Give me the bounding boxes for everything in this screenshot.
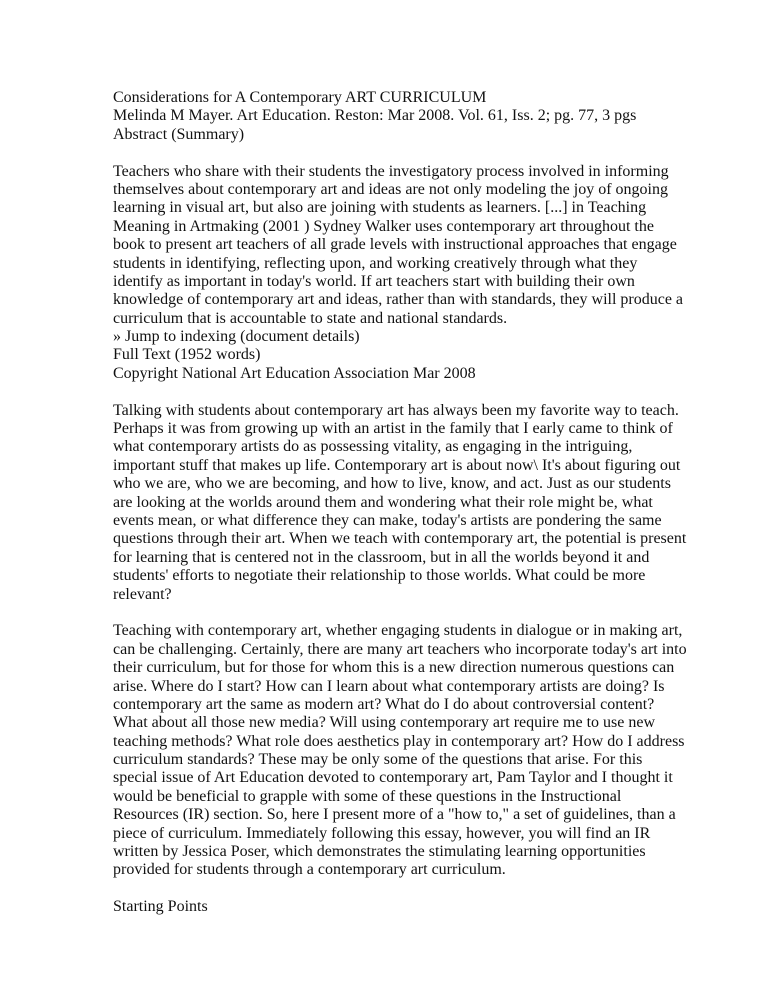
spacer (113, 383, 713, 401)
article-title: Considerations for A Contemporary ART CU… (113, 89, 713, 107)
abstract-line: themselves about contemporary art and id… (113, 181, 713, 199)
paragraph-line: what contemporary artists do as possessi… (113, 438, 713, 456)
paragraph-line: can be challenging. Certainly, there are… (113, 641, 713, 659)
abstract-line: identify as important in today's world. … (113, 273, 713, 291)
section-heading: Starting Points (113, 898, 713, 916)
paragraph-line: contemporary art the same as modern art?… (113, 696, 713, 714)
paragraph-line: important stuff that makes up life. Cont… (113, 457, 713, 475)
abstract-line: book to present art teachers of all grad… (113, 236, 713, 254)
paragraph-line: who we are, who we are becoming, and how… (113, 475, 713, 493)
paragraph-line: curriculum standards? These may be only … (113, 751, 713, 769)
paragraph-line: What about all those new media? Will usi… (113, 714, 713, 732)
abstract-line: learning in visual art, but also are joi… (113, 199, 713, 217)
paragraph-line: teaching methods? What role does aesthet… (113, 733, 713, 751)
paragraph-line: would be beneficial to grapple with some… (113, 788, 713, 806)
abstract-line: curriculum that is accountable to state … (113, 310, 713, 328)
paragraph-line: special issue of Art Education devoted t… (113, 769, 713, 787)
paragraph-line: provided for students through a contempo… (113, 861, 713, 879)
spacer (113, 144, 713, 162)
paragraph-line: Resources (IR) section. So, here I prese… (113, 806, 713, 824)
abstract-line: knowledge of contemporary art and ideas,… (113, 291, 713, 309)
paragraph-line: Talking with students about contemporary… (113, 402, 713, 420)
abstract-line: Meaning in Artmaking (2001 ) Sydney Walk… (113, 218, 713, 236)
abstract-line: students in identifying, reflecting upon… (113, 255, 713, 273)
body-paragraph-2: Teaching with contemporary art, whether … (113, 622, 713, 879)
spacer (113, 880, 713, 898)
abstract-paragraph: Teachers who share with their students t… (113, 163, 713, 329)
paragraph-line: Perhaps it was from growing up with an a… (113, 420, 713, 438)
article-citation: Melinda M Mayer. Art Education. Reston: … (113, 107, 713, 125)
paragraph-line: are looking at the worlds around them an… (113, 494, 713, 512)
jump-to-indexing-link[interactable]: » Jump to indexing (document details) (113, 328, 713, 346)
full-text-word-count: Full Text (1952 words) (113, 346, 713, 364)
paragraph-line: students' efforts to negotiate their rel… (113, 567, 713, 585)
document-page: Considerations for A Contemporary ART CU… (113, 89, 713, 917)
paragraph-line: arise. Where do I start? How can I learn… (113, 678, 713, 696)
abstract-line: Teachers who share with their students t… (113, 163, 713, 181)
paragraph-line: relevant? (113, 586, 713, 604)
paragraph-line: piece of curriculum. Immediately followi… (113, 825, 713, 843)
paragraph-line: Teaching with contemporary art, whether … (113, 622, 713, 640)
paragraph-line: their curriculum, but for those for whom… (113, 659, 713, 677)
paragraph-line: events mean, or what difference they can… (113, 512, 713, 530)
body-paragraph-1: Talking with students about contemporary… (113, 402, 713, 604)
paragraph-line: questions through their art. When we tea… (113, 530, 713, 548)
abstract-label: Abstract (Summary) (113, 126, 713, 144)
copyright-notice: Copyright National Art Education Associa… (113, 365, 713, 383)
paragraph-line: written by Jessica Poser, which demonstr… (113, 843, 713, 861)
spacer (113, 604, 713, 622)
paragraph-line: for learning that is centered not in the… (113, 549, 713, 567)
